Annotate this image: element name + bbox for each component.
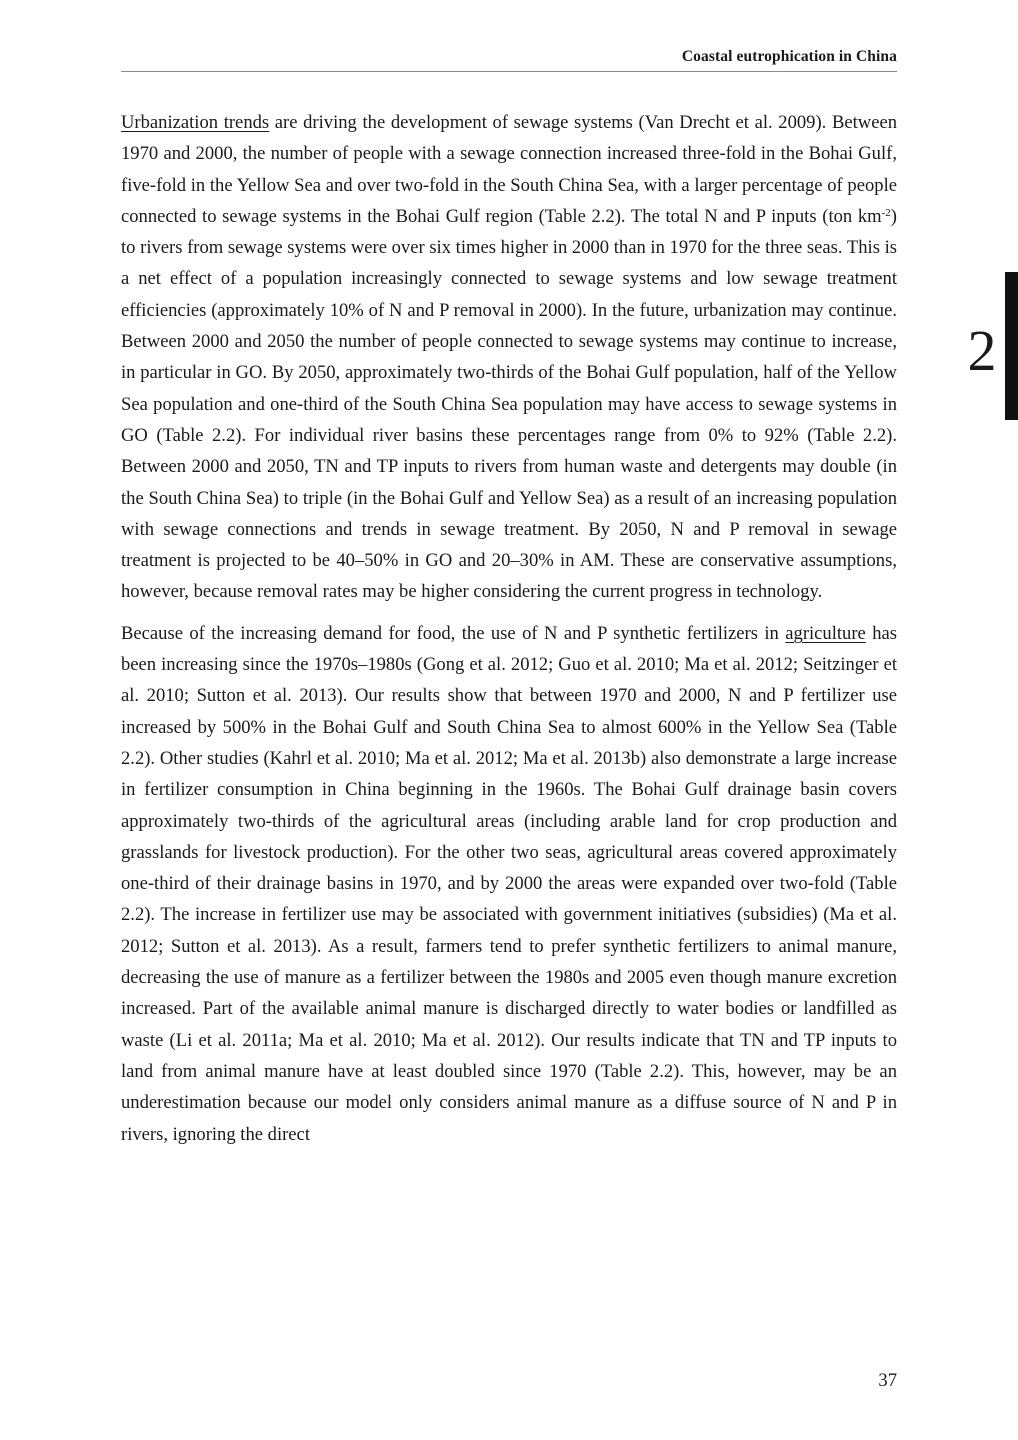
chapter-tab-marker (1005, 272, 1018, 420)
chapter-number: 2 (962, 318, 1002, 384)
agriculture-link[interactable]: agriculture (785, 623, 866, 644)
body-text: Urbanization trends are driving the deve… (121, 107, 897, 1160)
paragraph-agriculture: Because of the increasing demand for foo… (121, 618, 897, 1150)
paragraph-text: ) to rivers from sewage systems were ove… (121, 206, 897, 603)
urbanization-trends-link[interactable]: Urbanization trends (121, 112, 269, 133)
paragraph-text: has been increasing since the 1970s–1980… (121, 623, 897, 1145)
paragraph-sewage: Urbanization trends are driving the deve… (121, 107, 897, 608)
paragraph-text: Because of the increasing demand for foo… (121, 623, 785, 644)
page-number: 37 (878, 1370, 897, 1392)
running-header: Coastal eutrophication in China (121, 46, 897, 72)
running-title: Coastal eutrophication in China (682, 48, 897, 65)
superscript: -2 (882, 207, 891, 219)
